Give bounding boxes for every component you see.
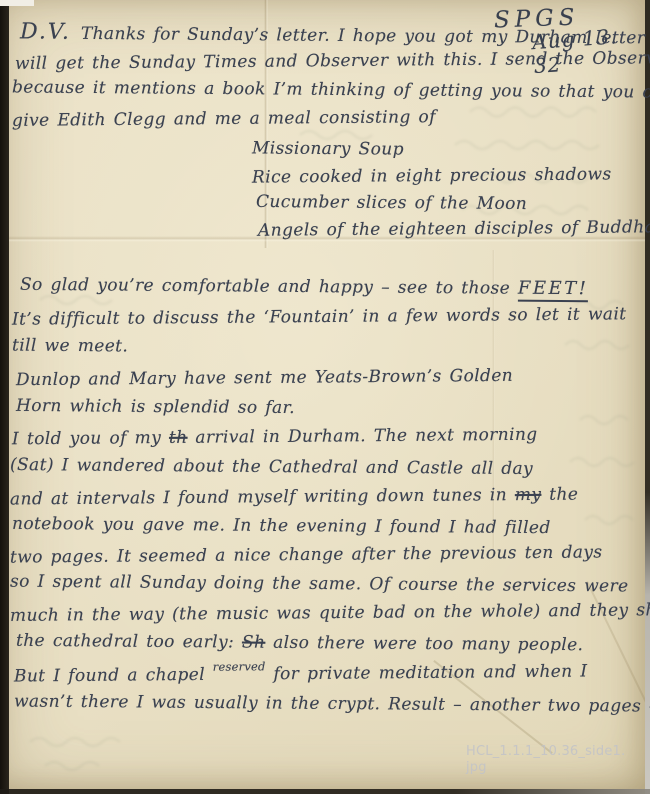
menu-item: Angels of the eighteen disciples of Budd… [258,217,650,240]
letter-line: It’s difficult to discuss the ‘Fountain’… [12,304,627,329]
letter-line: I told you of my th arrival in Durham. T… [12,425,538,450]
letter-text: and at intervals I found myself writing … [10,485,515,509]
letter-text: Rice cooked in eight precious shadows [252,164,612,187]
scan-edge-left [0,0,9,794]
filename-line1: HCL_1.1.1_10.36_side1. [466,744,625,760]
letter-text: Thanks for Sunday’s letter. I hope you g… [81,24,650,49]
letter-text: Missionary Soup [252,138,404,159]
letter-text: two pages. It seemed a nice change after… [10,542,603,567]
menu-item: Cucumber slices of the Moon [256,192,527,214]
letter-line: Horn which is splendid so far. [16,396,295,418]
letter-line: But I found a chapel reserved for privat… [14,661,588,686]
scan-corner-gap [0,0,34,6]
letter-line: So glad you’re comfortable and happy – s… [20,274,589,299]
letter-line: two pages. It seemed a nice change after… [10,542,603,567]
scan-edge-bottom [0,789,650,794]
letter-line: and at intervals I found myself writing … [10,485,578,510]
letter-text: so I spent all Sunday doing the same. Of… [10,572,629,597]
letter-text: because it mentions a book I’m thinking … [12,77,650,102]
letter-line: much in the way (the music was quite bad… [10,600,650,626]
letter-text: Angels of the eighteen disciples of Budd… [258,217,650,240]
letter-text: wasn’t there I was usually in the crypt.… [14,691,650,716]
letter-text: I told you of my [12,428,169,449]
letter-text: (Sat) I wandered about the Cathedral and… [10,455,533,479]
letter-line: till we meet. [12,336,128,357]
letter-text: Cucumber slices of the Moon [256,192,527,214]
letter-text: But I found a chapel [14,665,213,687]
letter-line: Dunlop and Mary have sent me Yeats-Brown… [16,366,513,390]
filename-line2: jpg [466,760,625,776]
letter-text: the [541,485,578,505]
letter-line: the cathedral too early: Sh also there w… [16,631,584,655]
filename-watermark: HCL_1.1.1_10.36_side1. jpg [466,744,625,776]
dv-monogram: D.V. [20,19,71,44]
letter-text: much in the way (the music was quite bad… [10,600,650,626]
strikethrough-word: my [515,485,542,505]
scan-edge-right [645,0,650,794]
letter-line: so I spent all Sunday doing the same. Of… [10,572,629,597]
letter-text: arrival in Durham. The next morning [187,425,537,448]
feet-emphasis: FEET! [518,278,589,303]
strikethrough-word: Sh [242,633,266,653]
strikethrough-word: th [169,428,188,448]
letter-line: give Edith Clegg and me a meal consistin… [12,107,436,131]
letter-text: So glad you’re comfortable and happy – s… [20,275,518,299]
letter-line: wasn’t there I was usually in the crypt.… [14,691,650,716]
letter-text: notebook you gave me. In the evening I f… [12,514,551,538]
letter-text: It’s difficult to discuss the ‘Fountain’… [12,304,627,329]
letter-line: D.V.Thanks for Sunday’s letter. I hope y… [20,19,650,49]
letter-line: notebook you gave me. In the evening I f… [12,514,551,538]
menu-item: Rice cooked in eight precious shadows [252,164,612,187]
letter-line: (Sat) I wandered about the Cathedral and… [10,455,533,479]
letter-text: also there were too many people. [265,633,583,655]
inserted-word: reserved [213,659,266,673]
menu-item: Missionary Soup [252,138,404,159]
letter-text: Dunlop and Mary have sent me Yeats-Brown… [16,366,513,390]
letter-text: for private meditation and when I [266,661,588,684]
scanned-letter-page: SPGS Aug 13. 32 D.V.Thanks for Sunday’s … [0,0,650,794]
letter-text: Horn which is splendid so far. [16,396,295,418]
letter-text: the cathedral too early: [16,631,242,653]
letter-text: give Edith Clegg and me a meal consistin… [12,107,436,131]
letter-text: till we meet. [12,336,128,357]
letter-line: because it mentions a book I’m thinking … [12,77,650,102]
